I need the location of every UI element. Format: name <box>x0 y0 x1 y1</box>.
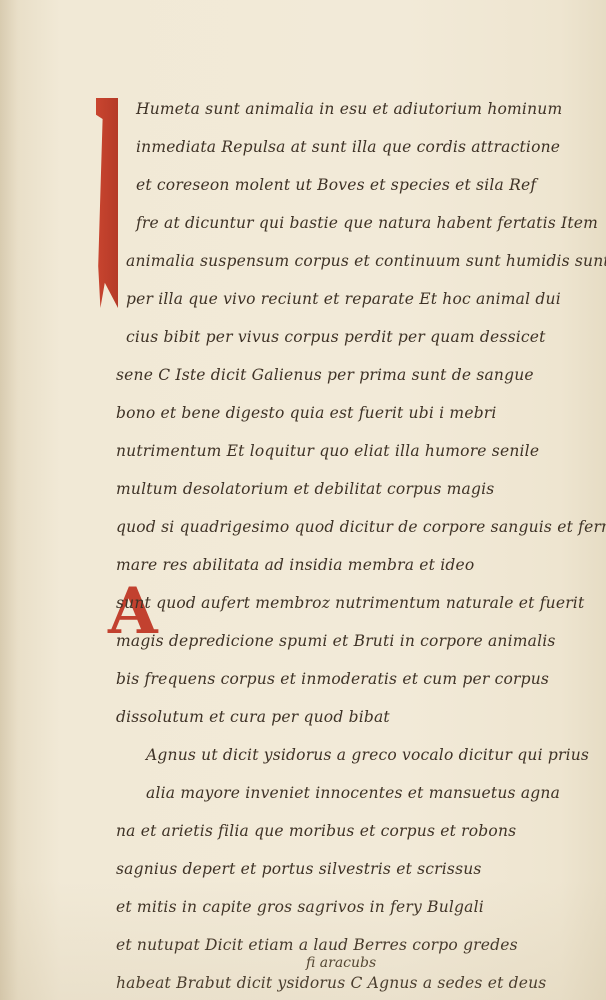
text-line: Humeta sunt animalia in esu et adiutoriu… <box>136 100 562 118</box>
rubric-initial-i <box>96 98 118 308</box>
text-line: alia mayore inveniet innocentes et mansu… <box>146 784 560 802</box>
text-line: dissolutum et cura per quod bibat <box>116 708 390 726</box>
text-line: et mitis in capite gros sagrivos in fery… <box>116 898 484 916</box>
text-line: bis frequens corpus et inmoderatis et cu… <box>116 670 549 688</box>
text-line: quod si quadrigesimo quod dicitur de cor… <box>116 518 606 536</box>
text-line: habeat Brabut dicit ysidorus C Agnus a s… <box>116 974 546 992</box>
text-line: inmediata Repulsa at sunt illa que cordi… <box>136 138 560 156</box>
text-line: nutrimentum Et loquitur quo eliat illa h… <box>116 442 539 460</box>
catchword: fi aracubs <box>306 955 376 971</box>
text-line: per illa que vivo reciunt et reparate Et… <box>126 290 561 308</box>
text-line: multum desolatorium et debilitat corpus … <box>116 480 494 498</box>
text-line: sunt quod aufert membroz nutrimentum nat… <box>116 594 584 612</box>
text-line: fre at dicuntur qui bastie que natura ha… <box>136 214 598 232</box>
text-line: bono et bene digesto quia est fuerit ubi… <box>116 404 497 422</box>
text-line: sagnius depert et portus silvestris et s… <box>116 860 482 878</box>
text-line: et nutupat Dicit etiam a laud Berres cor… <box>116 936 518 954</box>
manuscript-page: A Humeta sunt animalia in esu et adiutor… <box>0 0 606 1000</box>
text-line: sene C Iste dicit Galienus per prima sun… <box>116 366 534 384</box>
text-line: animalia suspensum corpus et continuum s… <box>126 252 606 270</box>
text-line: et coreseon molent ut Boves et species e… <box>136 176 536 194</box>
text-line: na et arietis filia que moribus et corpu… <box>116 822 516 840</box>
text-line: mare res abilitata ad insidia membra et … <box>116 556 474 574</box>
text-line: Agnus ut dicit ysidorus a greco vocalo d… <box>146 746 589 764</box>
text-line: magis depredicione spumi et Bruti in cor… <box>116 632 556 650</box>
text-line: cius bibit per vivus corpus perdit per q… <box>126 328 546 346</box>
